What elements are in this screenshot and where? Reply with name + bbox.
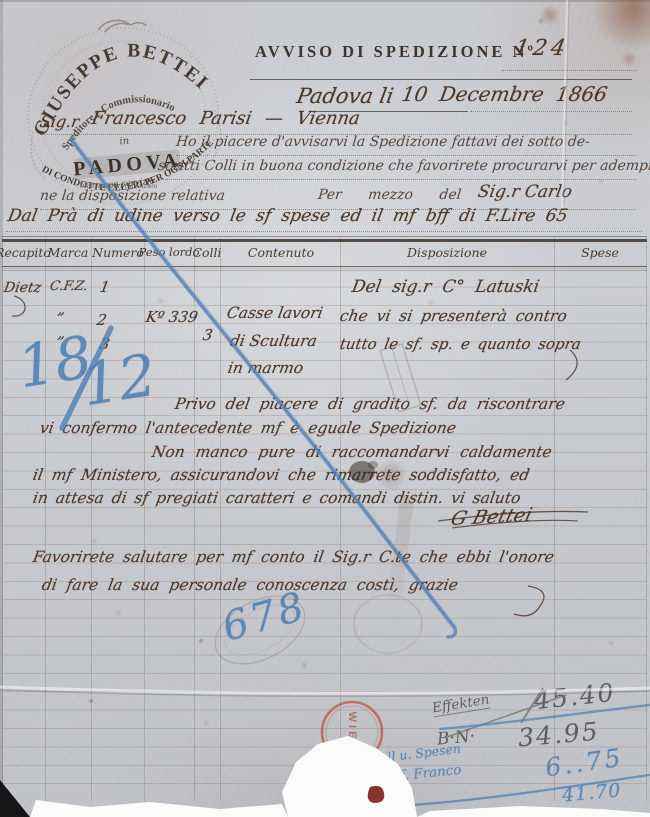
col-header-colli: Colli [192, 245, 221, 260]
place-line: Padova li [295, 84, 396, 108]
col-header-disposizione: Disposizione [407, 245, 487, 260]
col-header-marca: Marca [48, 245, 89, 260]
letterhead-in: in [119, 136, 130, 148]
recipient-name: Francesco Parisi — Vienna [90, 108, 362, 129]
cell-disposizione-3: tutto le sf. sp. e quanto sopra [338, 335, 582, 353]
foxing-dots [0, 0, 2, 2]
table-top-rule [2, 236, 647, 237]
col-header-contenuto: Contenuto [248, 245, 314, 260]
cell-marca: C.F.Z. [49, 279, 89, 294]
cell-contenuto-3: in marmo [226, 359, 304, 377]
letter-line1: Privo del piacere di gradito sf. da risc… [173, 395, 566, 413]
col-line-6 [220, 237, 221, 801]
col-header-recapito: Recapito [0, 245, 51, 260]
letter-line3: Non manco pure di raccomandarvi caldamen… [150, 443, 553, 461]
col-header-peso-lordo: Peso lordo [139, 245, 200, 259]
hand-carlo: Sig.r Carlo [476, 182, 573, 202]
doc-number: 124 [513, 36, 571, 61]
col-line-3 [91, 237, 92, 801]
blue-value2: 41.70 [561, 779, 622, 806]
hand-line4: Dal Prà di udine verso le sf spese ed il… [6, 206, 569, 226]
col-header-numero: Numero [92, 245, 144, 260]
stain-top-right-small [538, 4, 562, 26]
cell-disposizione-1: Del sig.r C° Latuski [350, 277, 541, 297]
letter-line2: vi confermo l'antecedente mf è eguale Sp… [38, 419, 457, 437]
cell-contenuto-1: Casse lavori [225, 304, 324, 322]
table-header-bottom-rule [2, 266, 647, 267]
letter-ps1: Favorirete salutare per mf conto il Sig.… [31, 548, 555, 566]
letter-line5: in attesa di sf pregiati caratteri e com… [31, 489, 522, 507]
col-line-1 [2, 237, 3, 801]
bird-ornament-icon [98, 18, 147, 33]
stain-top-right [586, 0, 650, 52]
col-line-9 [646, 237, 647, 801]
printed-line1: Ho il piacere d'avvisarvi la Spedizione … [175, 134, 590, 150]
blue-date-12: 12 [77, 341, 161, 420]
doc-title: AVVISO DI SPEDIZIONE Nº [255, 42, 536, 62]
signature: G Bettei [448, 504, 534, 530]
date-line: 10 Decembre 1866 [400, 82, 609, 106]
printed-per-mezzo: Per mezzo del [317, 187, 462, 203]
cell-peso-lordo: Kº 339 [144, 308, 199, 326]
letter-line4: il mf Ministero, assicurandovi che rimar… [31, 466, 531, 484]
table-top-rule-thick [2, 239, 647, 242]
cell-disposizione-2: che vi si presenterà contro [338, 307, 568, 325]
table-header-bottom-rule2 [2, 270, 647, 271]
cell-contenuto-2: di Scultura [228, 332, 318, 350]
letter-ps2: di fare la sua personale conoscenza cost… [40, 576, 459, 594]
cell-recapito: Dietz [3, 280, 43, 296]
title-rule [250, 60, 632, 80]
printed-line3: ne la disposizione relativa [39, 188, 226, 204]
col-line-2 [45, 237, 46, 801]
recipient-label: Sig.r [38, 112, 80, 131]
edge-shadow-top [0, 0, 650, 2]
printed-line2: scritti Colli in buona condizione che fa… [157, 158, 650, 174]
document-scan: GIUSEPPE BETTEI Speditore e Commissionar… [0, 0, 650, 817]
col-header-spese: Spese [581, 245, 619, 260]
